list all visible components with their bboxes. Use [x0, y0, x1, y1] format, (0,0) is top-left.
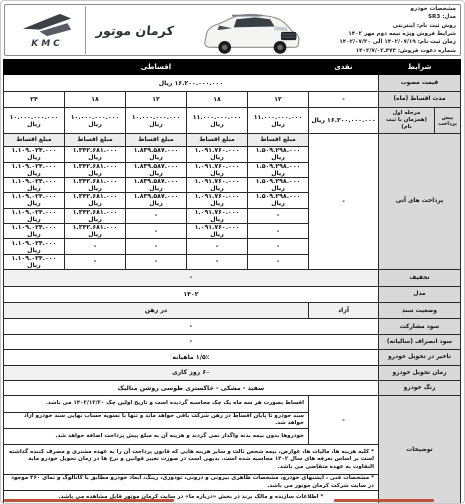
installment-amount-cell: ۱.۱۰۹.۰۲۴.۰۰۰ ریال	[3, 162, 64, 177]
brand-wordmark-en: KMC	[31, 39, 63, 49]
model-year-label: مدل	[378, 286, 460, 302]
installment-amount-cell: -	[64, 254, 125, 269]
delivery-delay-row: تاخیر در تحویل خودرو ۱/۵٪ ماهیانه	[3, 350, 460, 365]
months-cell: ۱۲	[125, 91, 186, 107]
months-cell: ۱۸	[186, 91, 247, 107]
installment-amount-cell: ۱.۵۰۹.۲۹۸.۰۰۰ ریال	[247, 162, 308, 177]
installment-amount-cell: ۱.۰۹۱.۷۶۰.۰۰۰ ریال	[186, 177, 247, 192]
installment-amount-header: مبلغ اقساط	[3, 133, 64, 146]
stage-sublabel: (همزمان با ثبت نام)	[380, 117, 433, 131]
installment-amount-header: مبلغ اقساط	[186, 133, 247, 146]
kmc-logo-icon	[19, 12, 75, 38]
specs-register-method: روش ثبت نام: اینترنتی	[318, 22, 456, 30]
installment-amount-cell: ۱.۱۰۹.۰۲۴.۰۰۰ ریال	[3, 147, 64, 162]
installment-amount-cell: ۱.۳۴۲.۶۸۱.۰۰۰ ریال	[64, 177, 125, 192]
color-label: رنگ خودرو	[378, 380, 460, 395]
installment-amount-cell: ۱.۳۴۲.۶۸۱.۰۰۰ ریال	[64, 193, 125, 208]
down-payment-cell: ۱۰.۰۰۰.۰۰۰.۰۰۰ ریال	[125, 108, 186, 134]
col-header-cash: نقدی	[308, 60, 378, 75]
future-payments-cash-cell: -	[308, 133, 378, 269]
car-photo	[184, 5, 318, 55]
months-cell: ۱۸	[64, 91, 125, 107]
installment-amount-cell: ۱.۸۳۹.۵۸۷.۰۰۰ ریال	[125, 193, 186, 208]
installment-amount-cell: -	[247, 224, 308, 239]
document-status-value: در رهن	[3, 302, 308, 318]
withdrawal-interest-row: سود انصراف (سالیانه) -	[3, 334, 460, 349]
table-header-row: شرایط نقدی اقساطی	[3, 60, 460, 75]
document-status-label: وضعیت سند	[378, 302, 460, 318]
future-payments-header-row: پرداخت های آتی - مبلغ اقساط مبلغ اقساط م…	[3, 133, 460, 146]
installment-amount-cell: -	[186, 239, 247, 254]
scan-artifact-strip	[334, 499, 434, 502]
vehicle-specs: مشخصات خودرو مدل: SR3 روش ثبت نام: اینتر…	[318, 5, 456, 55]
discount-label: تخفیف	[378, 270, 460, 286]
installment-amount-cell: ۱.۵۰۹.۲۹۸.۰۰۰ ریال	[247, 193, 308, 208]
participation-interest-label: سود مشارکت	[378, 319, 460, 334]
installment-amount-cell: -	[247, 239, 308, 254]
discount-row: تخفیف -	[3, 270, 460, 286]
down-payment-cash-cell: ۱۶.۲۰۰.۰۰۰.۰۰۰ ریال	[308, 108, 378, 134]
withdrawal-interest-value: -	[3, 334, 378, 349]
installment-amount-cell: ۱.۳۴۲.۶۸۱.۰۰۰ ریال	[64, 147, 125, 162]
document-status-row: وضعیت سند آزاد در رهن	[3, 302, 460, 318]
installment-amount-cell: ۱.۳۴۲.۶۸۱.۰۰۰ ریال	[64, 208, 125, 223]
withdrawal-interest-label: سود انصراف (سالیانه)	[378, 334, 460, 349]
scan-artifact-strip	[4, 499, 174, 502]
installment-amount-cell: ۱.۳۴۲.۶۸۱.۰۰۰ ریال	[64, 162, 125, 177]
specs-invitation-no: شماره دعوت فروش: ۴۷۳ـ۱۴۰۲/۷/۰۲	[318, 47, 456, 55]
installment-amount-cell: ۱.۱۰۹.۰۲۴.۰۰۰ ریال	[3, 193, 64, 208]
note-text: * مشخصات فنی ، آپشنهای خودرو، مشخصات ظاه…	[3, 475, 378, 491]
months-cell: ۱۲	[247, 91, 308, 107]
installment-amount-cell: ۱.۱۰۹.۰۲۴.۰۰۰ ریال	[3, 177, 64, 192]
model-year-value: ۱۴۰۲	[3, 286, 378, 302]
installment-amount-cell: ۱.۰۹۱.۷۶۰.۰۰۰ ریال	[186, 147, 247, 162]
brand-logo: KMC	[9, 6, 86, 54]
future-payments-label: پرداخت های آتی	[378, 133, 460, 269]
approved-price-row: قیمت مصوب ۱۶.۲۰۰.۰۰۰.۰۰۰ ریال	[3, 75, 460, 91]
down-payment-row: پیش پرداخت مرحله اول (همزمان با ثبت نام)…	[3, 108, 460, 134]
color-row: رنگ خودرو سفید - مشکی - خاکستری طوسی روش…	[3, 380, 460, 395]
specs-register-time: زمان ثبت نام: ۱۴۰۲/۰۷/۱۹ الی ۱۴۰۲/۰۷/۳۰	[318, 38, 456, 46]
approved-price-value: ۱۶.۲۰۰.۰۰۰.۰۰۰ ریال	[3, 75, 378, 91]
installment-amount-cell: ۱.۱۰۹.۰۲۴.۰۰۰ ریال	[3, 239, 64, 254]
installment-amount-header: مبلغ اقساط	[247, 133, 308, 146]
installment-amount-cell: -	[125, 208, 186, 223]
price-table: شرایط نقدی اقساطی قیمت مصوب ۱۶.۲۰۰.۰۰۰.۰…	[3, 59, 461, 504]
installment-amount-cell: ۱.۳۴۲.۶۸۱.۰۰۰ ریال	[64, 224, 125, 239]
down-payment-group-label: پیش پرداخت	[435, 108, 461, 134]
down-payment-cell: ۱۰.۰۰۰.۰۰۰.۰۰۰ ریال	[64, 108, 125, 134]
delivery-time-label: زمان تحویل خودرو	[378, 365, 460, 380]
note-text: * اطلاعات سازنده و مالک برند در بخش «درب…	[3, 491, 378, 504]
installment-amount-cell: ۱.۵۰۹.۲۹۸.۰۰۰ ریال	[247, 147, 308, 162]
installment-amount-cell: -	[125, 239, 186, 254]
participation-interest-row: سود مشارکت -	[3, 319, 460, 334]
installment-amount-cell: -	[125, 224, 186, 239]
installment-amount-cell: ۱.۱۰۹.۰۲۴.۰۰۰ ریال	[3, 224, 64, 239]
down-payment-cell: ۱۱.۰۰۰.۰۰۰.۰۰۰ ریال	[186, 108, 247, 134]
document-status-cash: آزاد	[308, 302, 378, 318]
color-value: سفید - مشکی - خاکستری طوسی روشن متالیک	[3, 380, 378, 395]
delivery-delay-label: تاخیر در تحویل خودرو	[378, 350, 460, 365]
car-image	[192, 7, 310, 55]
installment-amount-cell: -	[247, 208, 308, 223]
specs-title: مشخصات خودرو	[318, 5, 456, 13]
note-text: سند خودرو تا پایان اقساط در رهن شرکت باق…	[3, 412, 308, 428]
specs-model: مدل: SR3	[318, 13, 456, 21]
installment-amount-header: مبلغ اقساط	[64, 133, 125, 146]
installment-amount-cell: ۱.۰۹۱.۷۶۰.۰۰۰ ریال	[186, 162, 247, 177]
col-header-installment: اقساطی	[3, 60, 308, 75]
installment-amount-cell: -	[247, 254, 308, 269]
installment-amount-cell: -	[125, 254, 186, 269]
participation-interest-value: -	[3, 319, 378, 334]
note-text: خودروها بدون بیمه بدنه واگذار نمی گردند …	[3, 429, 308, 445]
installment-amount-cell: ۱.۸۳۹.۵۸۷.۰۰۰ ریال	[125, 147, 186, 162]
col-header-conditions: شرایط	[378, 60, 460, 75]
stage-label: مرحله اول	[380, 110, 433, 117]
months-cash-cell: -	[308, 91, 378, 107]
delivery-delay-value: ۱/۵٪ ماهیانه	[3, 350, 378, 365]
note-row: توضیحات - اقساط بصورت هر سه ماه یک چک مح…	[3, 396, 460, 412]
installment-amount-cell: -	[186, 254, 247, 269]
months-cell: ۲۴	[3, 91, 64, 107]
delivery-time-value: ۶۰ روز کاری	[3, 365, 378, 380]
installment-amount-cell: ۱.۸۳۹.۵۸۷.۰۰۰ ریال	[125, 162, 186, 177]
installment-amount-cell: ۱.۰۹۱.۷۶۰.۰۰۰ ریال	[186, 208, 247, 223]
notes-cash-cell: -	[308, 396, 378, 445]
installment-months-row: مدت اقساط (ماه) - ۱۲ ۱۸ ۱۲ ۱۸ ۲۴	[3, 91, 460, 107]
installment-months-label: مدت اقساط (ماه)	[378, 91, 460, 107]
notes-label: توضیحات	[378, 396, 460, 504]
brand-wordmark-fa: کرمان موتور	[85, 23, 185, 38]
installment-amount-header: مبلغ اقساط	[125, 133, 186, 146]
down-payment-stage-label: مرحله اول (همزمان با ثبت نام)	[378, 108, 434, 134]
installment-amount-cell: -	[64, 239, 125, 254]
header: مشخصات خودرو مدل: SR3 روش ثبت نام: اینتر…	[4, 4, 461, 56]
delivery-time-row: زمان تحویل خودرو ۶۰ روز کاری	[3, 365, 460, 380]
model-year-row: مدل ۱۴۰۲	[3, 286, 460, 302]
note-text: اقساط بصورت هر سه ماه یک چک محاسبه گردید…	[3, 396, 308, 412]
price-sheet: مشخصات خودرو مدل: SR3 روش ثبت نام: اینتر…	[0, 0, 465, 504]
installment-amount-cell: ۱.۵۰۹.۲۹۸.۰۰۰ ریال	[247, 177, 308, 192]
note-text: * کلیه هزینه ها، مالیات ها، عوارض، بیمه …	[3, 445, 378, 475]
installment-amount-cell: ۱.۱۰۹.۰۲۴.۰۰۰ ریال	[3, 254, 64, 269]
down-payment-cell: ۱۰.۰۰۰.۰۰۰.۰۰۰ ریال	[3, 108, 64, 134]
specs-sale-terms: شرایط فروش ویژه نیمه دوم مهر ۱۴۰۲	[318, 30, 456, 38]
discount-value: -	[3, 270, 378, 286]
installment-amount-cell: ۱.۰۹۱.۷۶۰.۰۰۰ ریال	[186, 193, 247, 208]
down-payment-cell: ۱۱.۰۰۰.۰۰۰.۰۰۰ ریال	[247, 108, 308, 134]
installment-amount-cell: ۱.۱۰۹.۰۲۴.۰۰۰ ریال	[3, 208, 64, 223]
approved-price-label: قیمت مصوب	[378, 75, 460, 91]
installment-amount-cell: ۱.۸۳۹.۵۸۷.۰۰۰ ریال	[125, 177, 186, 192]
installment-amount-cell: ۱.۰۹۱.۷۶۰.۰۰۰ ریال	[186, 224, 247, 239]
